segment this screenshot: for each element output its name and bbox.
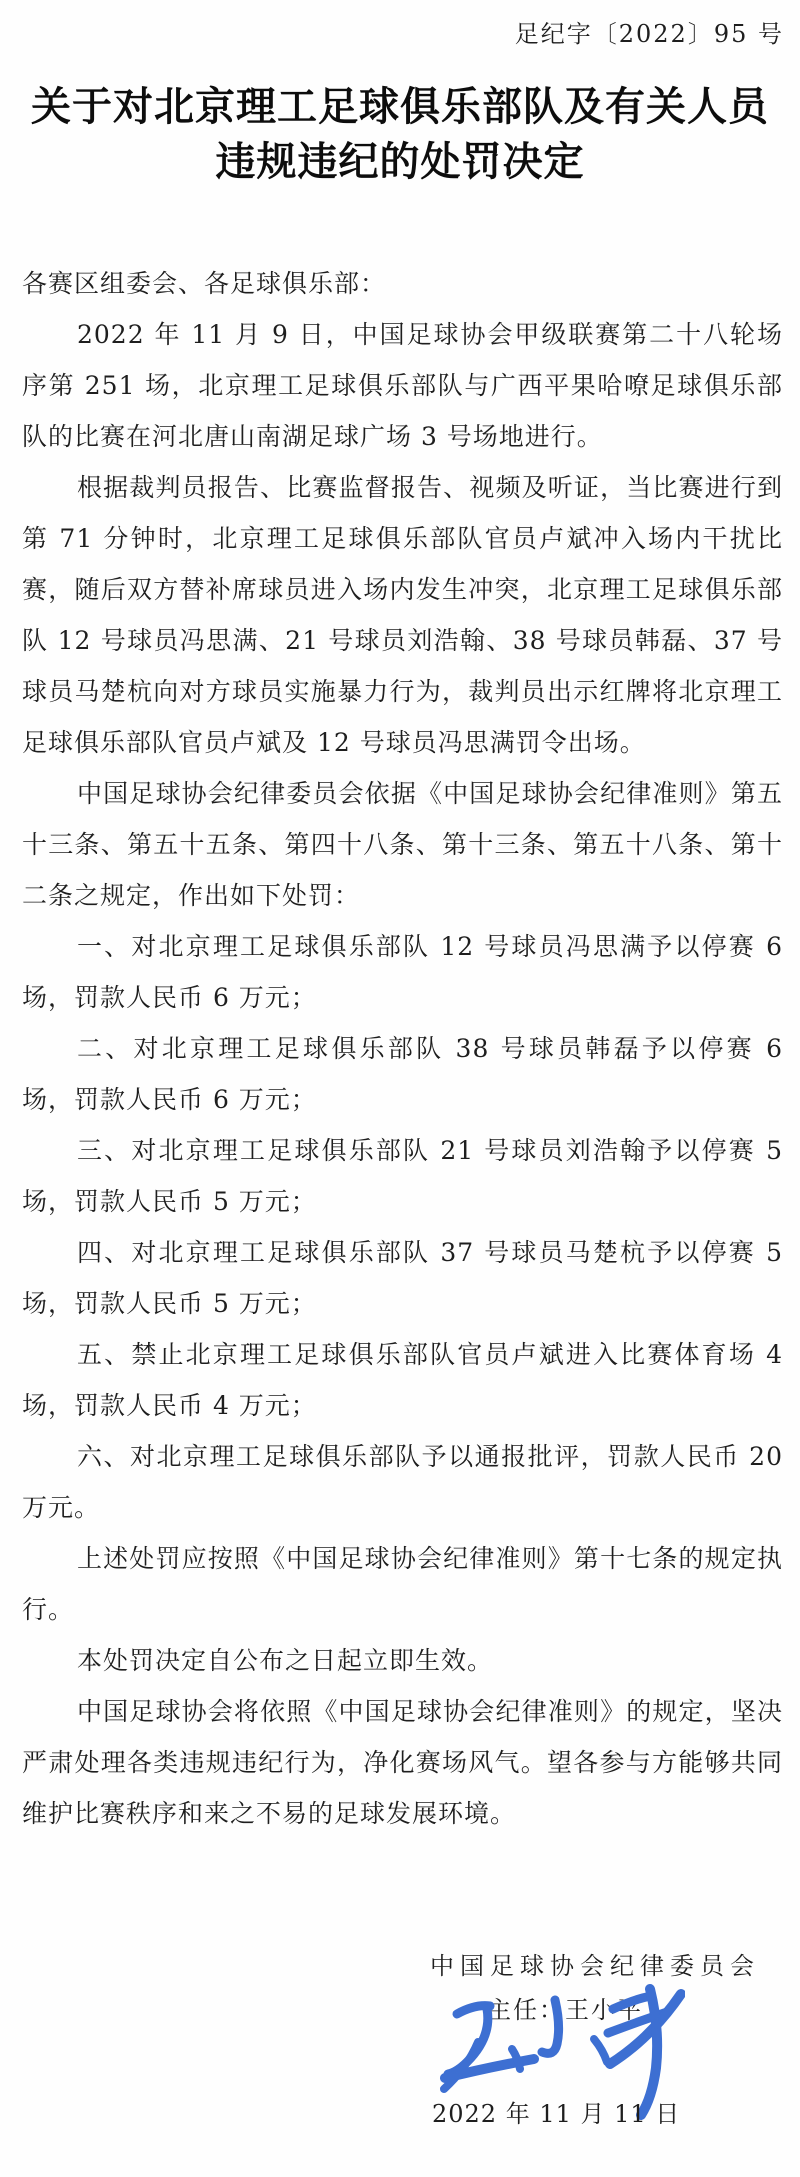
paragraph-legal-basis: 中国足球协会纪律委员会依据《中国足球协会纪律准则》第五十三条、第五十五条、第四十… (22, 768, 783, 921)
document-body: 各赛区组委会、各足球俱乐部： 2022 年 11 月 9 日，中国足球协会甲级联… (22, 258, 783, 1839)
paragraph-execution: 上述处罚应按照《中国足球协会纪律准则》第十七条的规定执行。 (22, 1533, 783, 1635)
signer-title-line: 主任：王小平 (487, 1990, 643, 2025)
paragraph-incident: 根据裁判员报告、比赛监督报告、视频及听证，当比赛进行到第 71 分钟时，北京理工… (22, 462, 783, 768)
document-title-line2: 违规违纪的处罚决定 (0, 135, 800, 190)
paragraph-closing: 中国足球协会将依照《中国足球协会纪律准则》的规定，坚决严肃处理各类违规违纪行为，… (22, 1686, 783, 1839)
document-title-line1: 关于对北京理工足球俱乐部队及有关人员 (0, 80, 800, 135)
document-title: 关于对北京理工足球俱乐部队及有关人员 违规违纪的处罚决定 (0, 80, 800, 190)
penalty-item-1: 一、对北京理工足球俱乐部队 12 号球员冯思满予以停赛 6 场，罚款人民币 6 … (22, 921, 783, 1023)
signature-date: 2022 年 11 月 11 日 (432, 2094, 680, 2129)
document-number: 足纪字〔2022〕95 号 (515, 14, 784, 49)
penalty-item-5: 五、禁止北京理工足球俱乐部队官员卢斌进入比赛体育场 4 场，罚款人民币 4 万元… (22, 1329, 783, 1431)
signature-organization: 中国足球协会纪律委员会 (430, 1946, 760, 1981)
penalty-item-2: 二、对北京理工足球俱乐部队 38 号球员韩磊予以停赛 6 场，罚款人民币 6 万… (22, 1023, 783, 1125)
penalty-item-3: 三、对北京理工足球俱乐部队 21 号球员刘浩翰予以停赛 5 场，罚款人民币 5 … (22, 1125, 783, 1227)
penalty-item-6: 六、对北京理工足球俱乐部队予以通报批评，罚款人民币 20 万元。 (22, 1431, 783, 1533)
paragraph-match-info: 2022 年 11 月 9 日，中国足球协会甲级联赛第二十八轮场序第 251 场… (22, 309, 783, 462)
penalty-item-4: 四、对北京理工足球俱乐部队 37 号球员马楚杭予以停赛 5 场，罚款人民币 5 … (22, 1227, 783, 1329)
official-document-page: 足纪字〔2022〕95 号 关于对北京理工足球俱乐部队及有关人员 违规违纪的处罚… (0, 0, 800, 2177)
paragraph-effective: 本处罚决定自公布之日起立即生效。 (22, 1635, 783, 1686)
salutation: 各赛区组委会、各足球俱乐部： (22, 258, 783, 309)
